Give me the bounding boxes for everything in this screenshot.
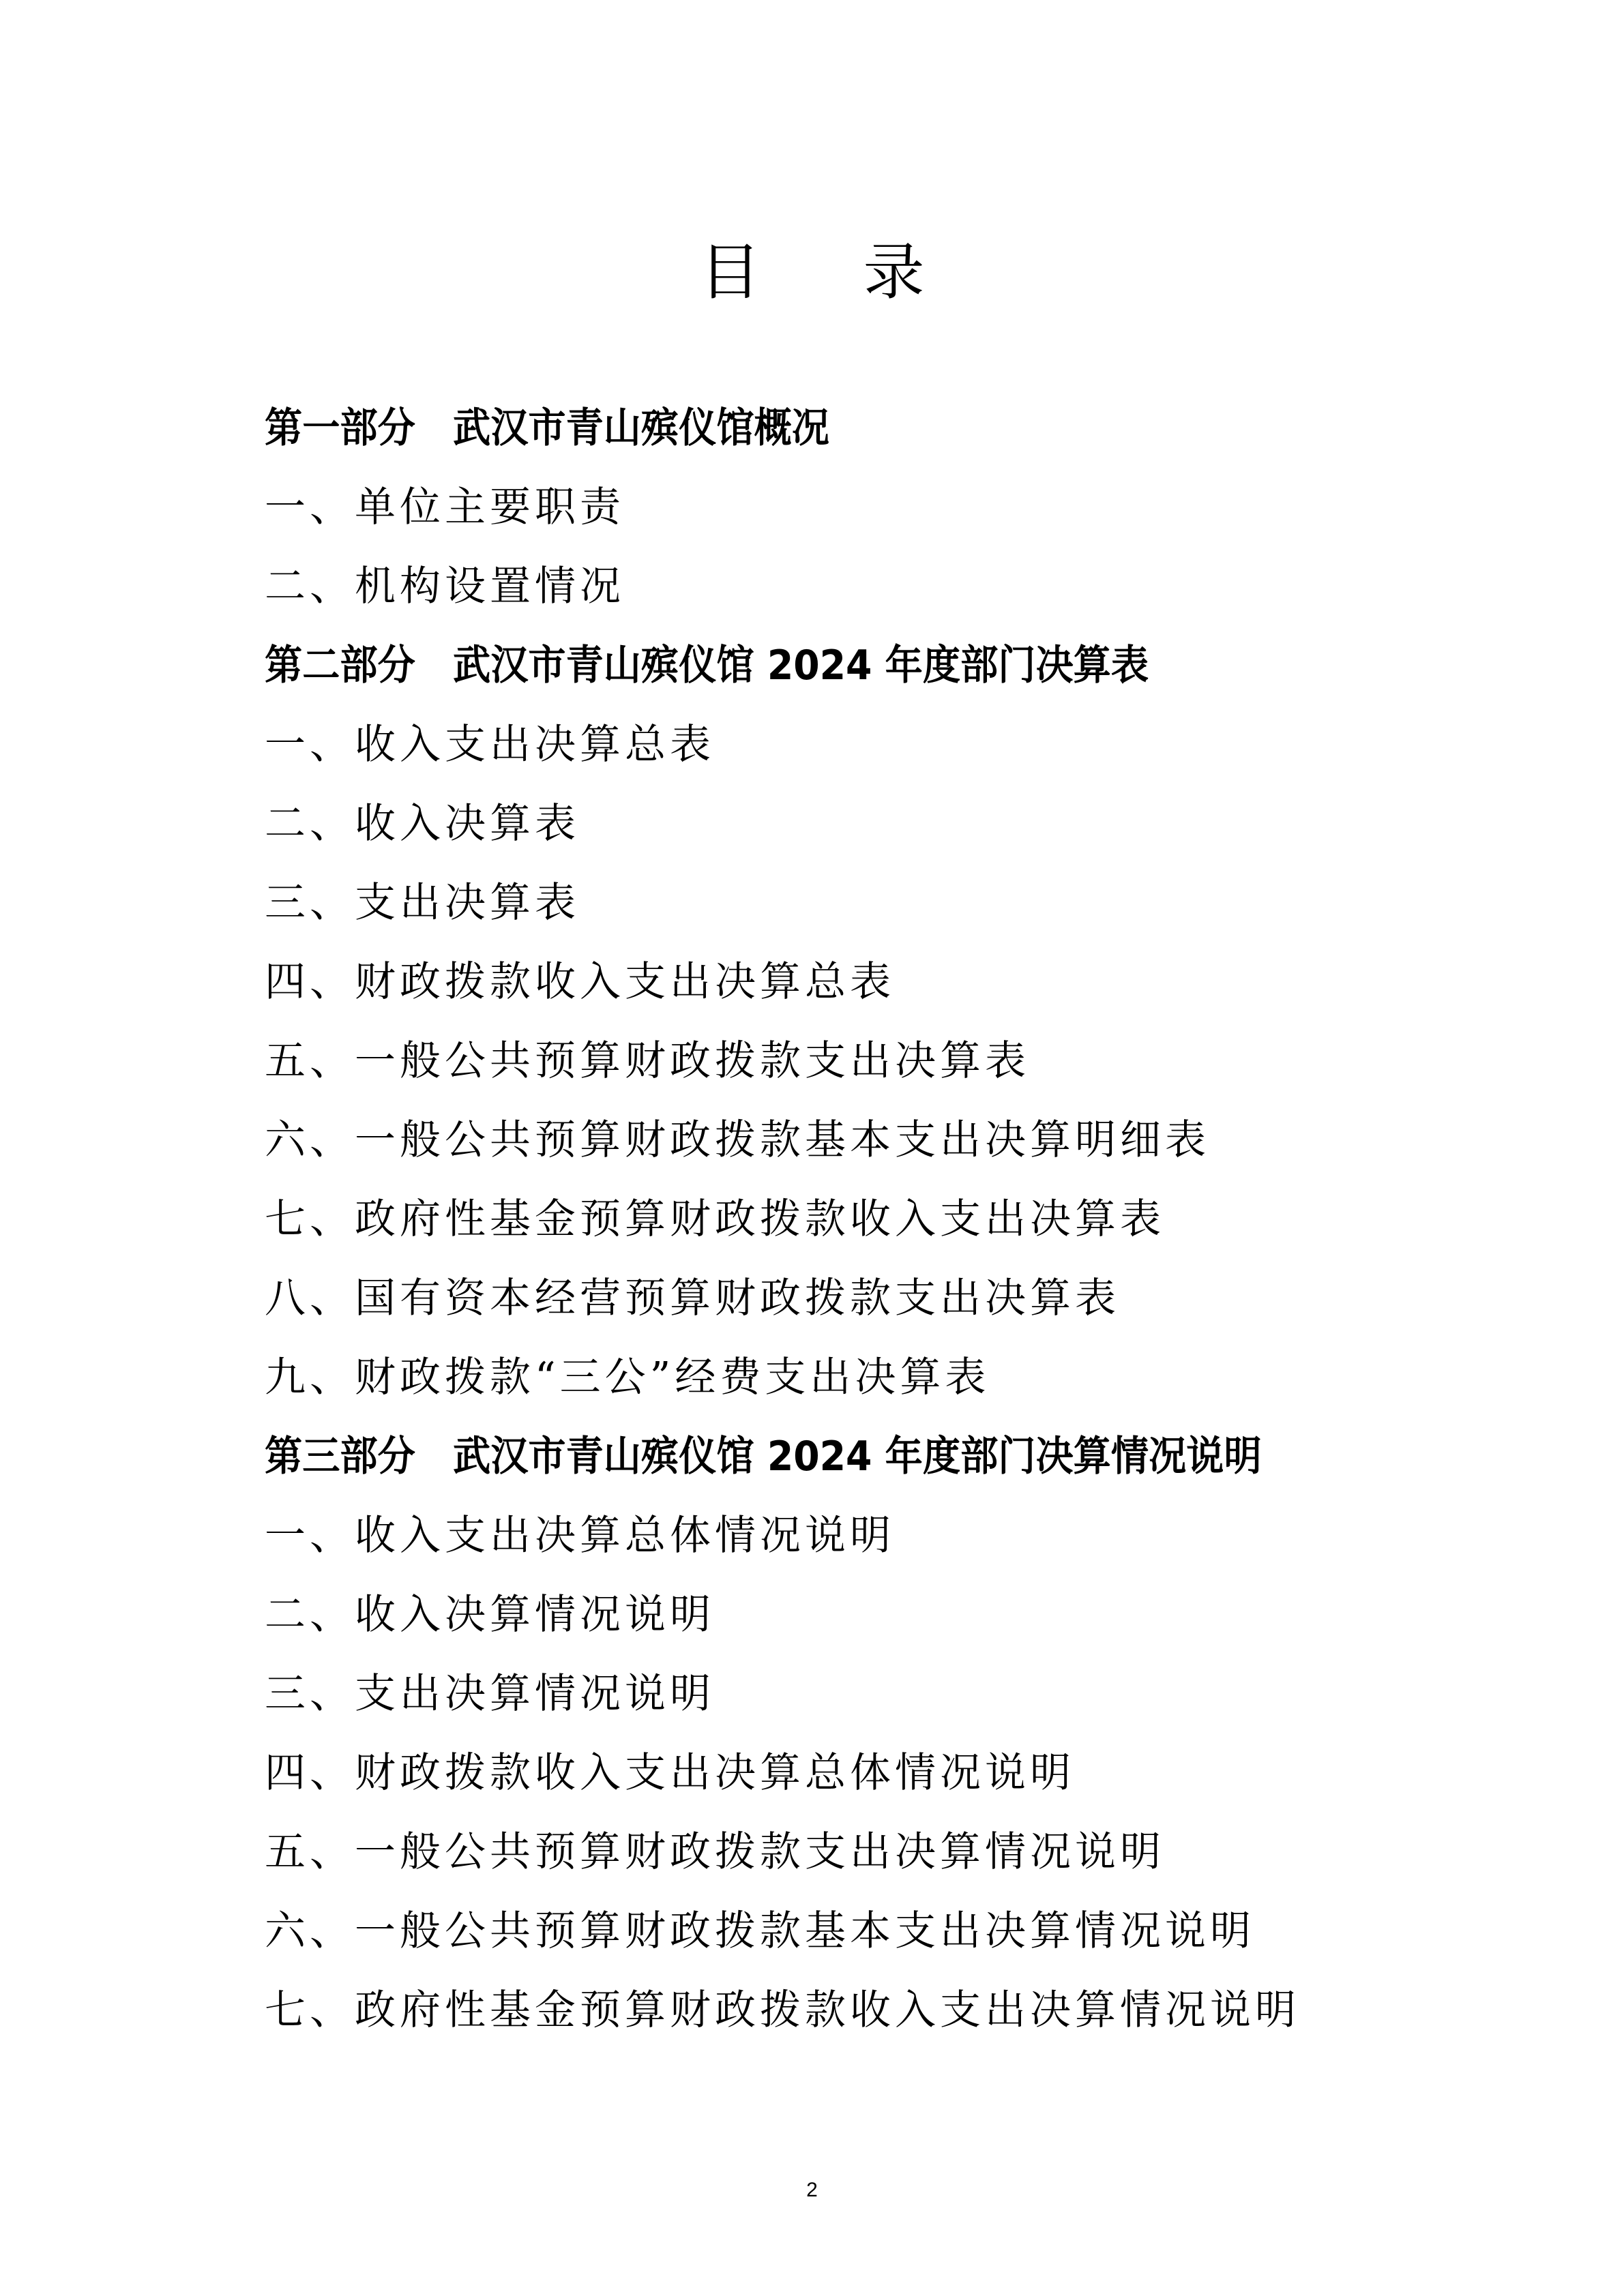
toc-item: 六、一般公共预算财政拨款基本支出决算情况说明 — [265, 1892, 1348, 1971]
table-of-contents: 第一部分武汉市青山殡仪馆概况 一、单位主要职责 二、机构设置情况 第二部分武汉市… — [265, 389, 1348, 2050]
toc-item: 五、一般公共预算财政拨款支出决算情况说明 — [265, 1813, 1348, 1892]
toc-item: 四、财政拨款收入支出决算总体情况说明 — [265, 1733, 1348, 1813]
toc-item: 三、支出决算表 — [265, 863, 1348, 942]
toc-item: 二、收入决算情况说明 — [265, 1575, 1348, 1654]
toc-item: 二、收入决算表 — [265, 784, 1348, 863]
toc-item: 八、国有资本经营预算财政拨款支出决算表 — [265, 1259, 1348, 1338]
toc-item: 四、财政拨款收入支出决算总表 — [265, 942, 1348, 1022]
toc-part-3: 第三部分武汉市青山殡仪馆 2024 年度部门决算情况说明 — [265, 1417, 1262, 1496]
toc-part-1: 第一部分武汉市青山殡仪馆概况 — [265, 389, 1262, 468]
title-char-1: 目 — [700, 235, 761, 310]
toc-item: 一、收入支出决算总表 — [265, 705, 1348, 784]
toc-item: 九、财政拨款“三公”经费支出决算表 — [265, 1338, 1348, 1417]
toc-item: 一、单位主要职责 — [265, 468, 1348, 547]
title-char-2: 录 — [863, 235, 925, 310]
toc-item: 六、一般公共预算财政拨款基本支出决算明细表 — [265, 1101, 1348, 1180]
page-number: 2 — [0, 2179, 1624, 2202]
toc-item: 七、政府性基金预算财政拨款收入支出决算情况说明 — [265, 1971, 1348, 2050]
toc-item: 一、收入支出决算总体情况说明 — [265, 1496, 1348, 1575]
toc-item: 三、支出决算情况说明 — [265, 1654, 1348, 1733]
document-page: 目录 第一部分武汉市青山殡仪馆概况 一、单位主要职责 二、机构设置情况 第二部分… — [0, 0, 1624, 2296]
toc-item: 五、一般公共预算财政拨款支出决算表 — [265, 1022, 1348, 1101]
page-title: 目录 — [0, 235, 1624, 310]
toc-item: 二、机构设置情况 — [265, 547, 1348, 626]
toc-item: 七、政府性基金预算财政拨款收入支出决算表 — [265, 1180, 1348, 1259]
toc-part-2: 第二部分武汉市青山殡仪馆 2024 年度部门决算表 — [265, 626, 1262, 705]
